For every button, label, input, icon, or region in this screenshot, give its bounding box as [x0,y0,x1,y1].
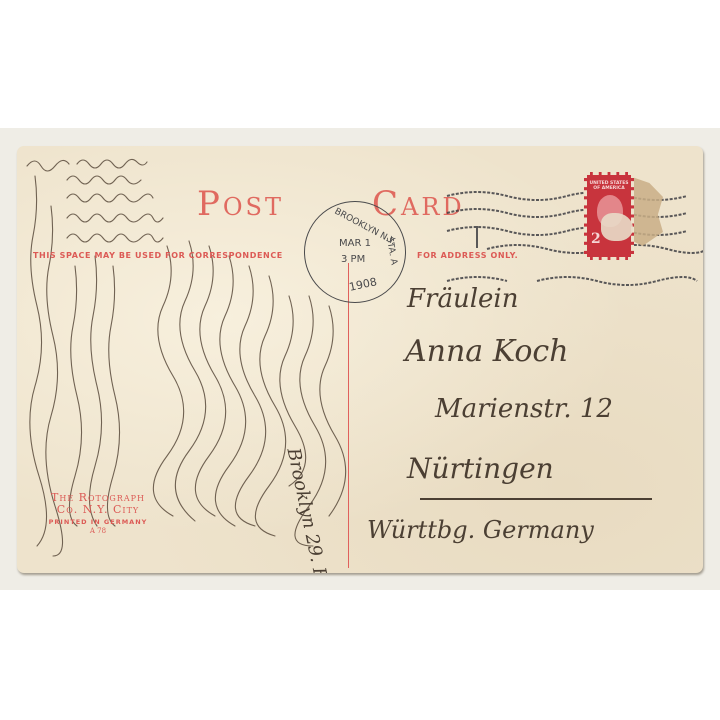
imprint-series-number: A 78 [23,527,173,535]
stamp-country: UNITED STATES OF AMERICA [587,181,631,191]
postmark: BROOKLYN N.Y. STA. A MAR 1 3 PM 1908 [304,201,406,303]
address-name: Anna Koch [405,334,569,369]
publisher-imprint: The Rotograph Co. N.Y. City PRINTED IN G… [23,491,173,535]
postmark-date: MAR 1 [339,238,371,249]
city-underline [420,498,652,500]
cancellation-wavy-lines [437,181,703,291]
address-region-country: Württbg. Germany [367,516,594,544]
postmark-year: 1908 [348,275,378,294]
heading-post: Post [197,184,284,224]
address-city: Nürtingen [407,452,554,485]
center-divider-line [348,263,349,568]
imprint-city: Co. N.Y. City [23,503,173,516]
postmark-station: STA. A [384,236,399,266]
address-salutation: Fräulein [407,284,518,314]
postcard: PostCard THIS SPACE MAY BE USED FOR CORR… [17,146,703,573]
imprint-printed-in: PRINTED IN GERMANY [23,518,173,526]
correspondence-caption: THIS SPACE MAY BE USED FOR CORRESPONDENC… [33,251,283,260]
postmark-time: 3 PM [341,254,365,265]
postage-stamp: UNITED STATES OF AMERICA 2 [584,172,634,260]
stamp-damage [601,213,633,241]
address-street: Marienstr. 12 [435,394,613,424]
stamp-value: 2 [591,231,601,247]
